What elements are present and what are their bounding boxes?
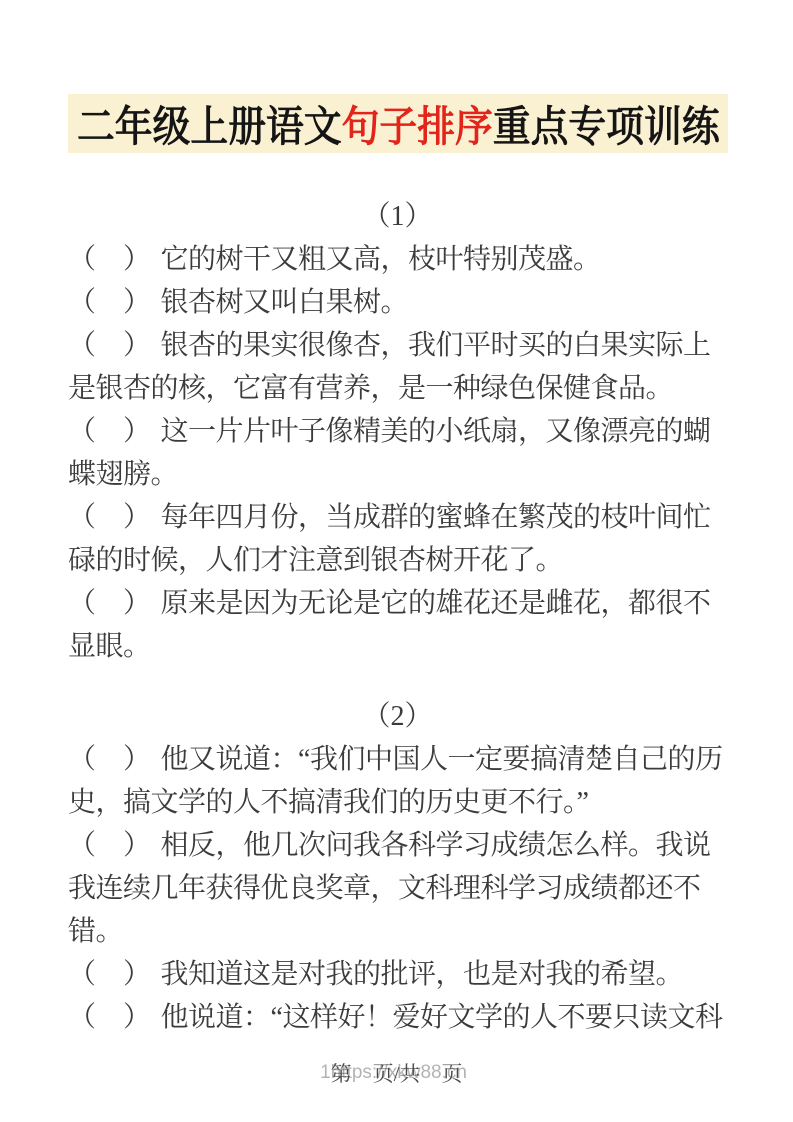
title-suffix: 重点专项训练 <box>493 103 720 150</box>
sentence-item: （ ）我知道这是对我的批评，也是对我的希望。 <box>68 953 727 996</box>
sentence-item: （ ）银杏树又叫白果树。 <box>68 281 727 324</box>
sentence-line: 这一片片叶子像精美的小纸扇，又像漂亮的蝴 <box>161 416 711 447</box>
answer-blank[interactable]: （ ） <box>68 1002 151 1033</box>
sentence-line: 碌的时候，人们才注意到银杏树开花了。 <box>68 545 563 576</box>
sentence-line: 我知道这是对我的批评，也是对我的希望。 <box>161 959 684 990</box>
title-banner: 二年级上册语文句子排序重点专项训练 <box>68 94 728 153</box>
sentence-line: 银杏的果实很像杏，我们平时买的白果实际上 <box>161 330 711 361</box>
page-footer: 1https://xkw88.cn 第 页/共 页 <box>0 1058 793 1092</box>
answer-blank[interactable]: （ ） <box>68 502 151 533</box>
worksheet-page: 二年级上册语文句子排序重点专项训练 （1） （ ）它的树干又粗又高，枝叶特别茂盛… <box>0 0 793 1122</box>
answer-blank[interactable]: （ ） <box>68 830 151 861</box>
section-label-1: （1） <box>68 195 727 238</box>
page-title: 二年级上册语文句子排序重点专项训练 <box>68 94 720 154</box>
page-number-label: 第 页/共 页 <box>331 1062 463 1086</box>
sentence-line: 显眼。 <box>68 631 151 662</box>
sentence-line: 原来是因为无论是它的雄花还是雌花，都很不 <box>161 588 711 619</box>
answer-blank[interactable]: （ ） <box>68 330 151 361</box>
sentence-item: （ ）它的树干又粗又高，枝叶特别茂盛。 <box>68 238 727 281</box>
sentence-item: （ ）他又说道：“我们中国人一定要搞清楚自己的历史，搞文学的人不搞清我们的历史更… <box>68 738 727 824</box>
sentence-line: 蝶翅膀。 <box>68 459 178 490</box>
worksheet-body: （1） （ ）它的树干又粗又高，枝叶特别茂盛。 （ ）银杏树又叫白果树。 （ ）… <box>68 153 727 1039</box>
sentence-line: 他又说道：“我们中国人一定要搞清楚自己的历 <box>161 744 723 775</box>
sentence-line: 相反，他几次问我各科学习成绩怎么样。我说 <box>161 830 711 861</box>
answer-blank[interactable]: （ ） <box>68 244 151 275</box>
sentence-line: 他说道：“这样好！爱好文学的人不要只读文科 <box>161 1002 723 1033</box>
answer-blank[interactable]: （ ） <box>68 744 151 775</box>
answer-blank[interactable]: （ ） <box>68 416 151 447</box>
sentence-line: 史，搞文学的人不搞清我们的历史更不行。” <box>68 787 588 818</box>
sentence-item: （ ）相反，他几次问我各科学习成绩怎么样。我说我连续几年获得优良奖章，文科理科学… <box>68 824 727 953</box>
sentence-line: 银杏树又叫白果树。 <box>161 287 409 318</box>
title-prefix: 二年级上册语文 <box>77 103 342 150</box>
sentence-line: 它的树干又粗又高，枝叶特别茂盛。 <box>161 244 601 275</box>
sentence-line: 每年四月份，当成群的蜜蜂在繁茂的枝叶间忙 <box>161 502 711 533</box>
sentence-item: （ ）这一片片叶子像精美的小纸扇，又像漂亮的蝴蝶翅膀。 <box>68 410 727 496</box>
sentence-item: （ ）银杏的果实很像杏，我们平时买的白果实际上是银杏的核，它富有营养，是一种绿色… <box>68 324 727 410</box>
title-highlight: 句子排序 <box>342 103 493 150</box>
answer-blank[interactable]: （ ） <box>68 588 151 619</box>
sentence-item: （ ）每年四月份，当成群的蜜蜂在繁茂的枝叶间忙碌的时候，人们才注意到银杏树开花了… <box>68 496 727 582</box>
section-label-2: （2） <box>68 695 727 738</box>
sentence-item: （ ）他说道：“这样好！爱好文学的人不要只读文科 <box>68 996 727 1039</box>
sentence-line: 我连续几年获得优良奖章，文科理科学习成绩都还不 <box>68 873 701 904</box>
answer-blank[interactable]: （ ） <box>68 287 151 318</box>
sentence-item: （ ）原来是因为无论是它的雄花还是雌花，都很不显眼。 <box>68 582 727 668</box>
sentence-line: 是银杏的核，它富有营养，是一种绿色保健食品。 <box>68 373 673 404</box>
answer-blank[interactable]: （ ） <box>68 959 151 990</box>
sentence-line: 错。 <box>68 916 123 947</box>
